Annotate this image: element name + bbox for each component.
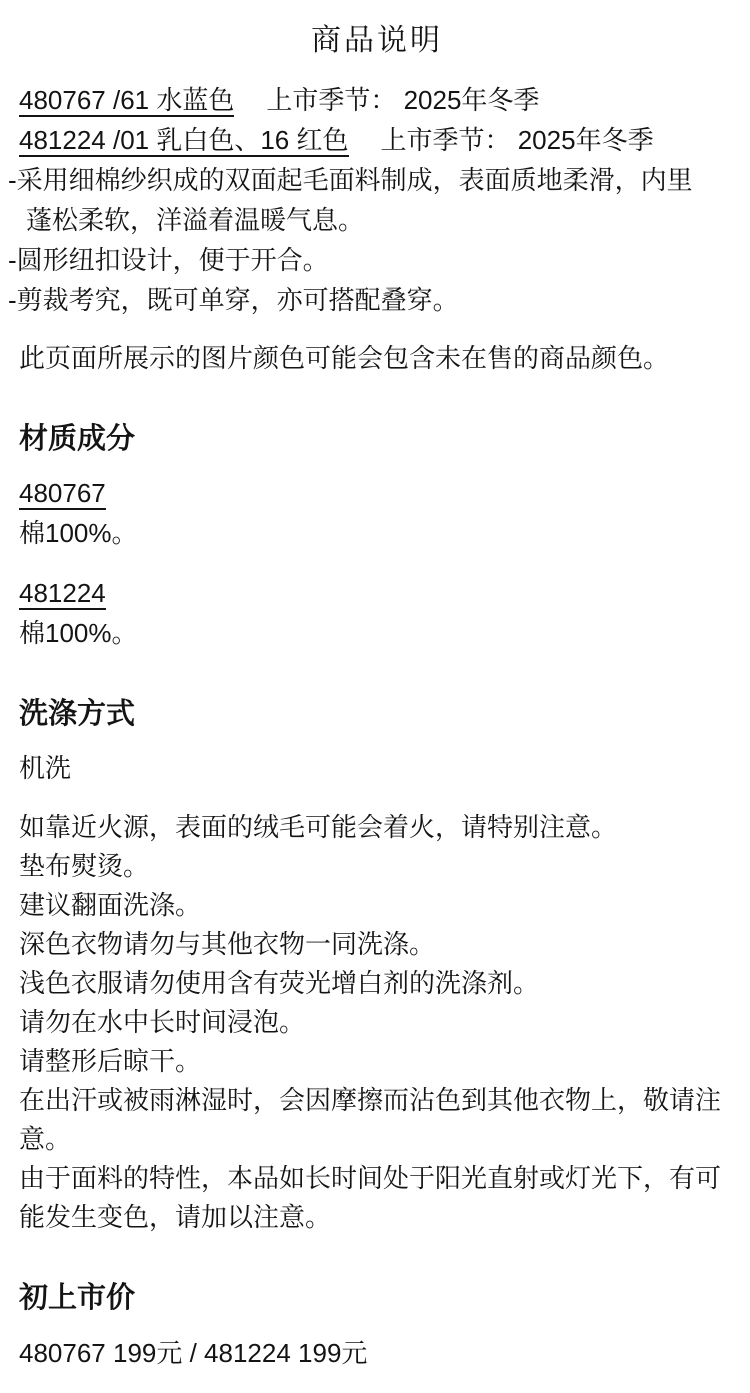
material-code-text: 481224 xyxy=(19,578,106,610)
feature-item: -圆形纽扣设计，便于开合。 xyxy=(26,240,717,280)
feature-text: 采用细棉纱织成的双面起毛面料制成，表面质地柔滑，内里蓬松柔软，洋溢着温暖气息。 xyxy=(17,165,693,235)
care-note: 垫布熨烫。 xyxy=(19,847,735,886)
launch-price-value: 480767 199元 / 481224 199元 xyxy=(19,1333,735,1373)
section-heading-washing: 洗涤方式 xyxy=(19,694,735,735)
care-note: 浅色衣服请勿使用含有荧光增白剂的洗涤剂。 xyxy=(19,964,735,1003)
care-note: 请整形后晾干。 xyxy=(19,1042,735,1081)
feature-list: -采用细棉纱织成的双面起毛面料制成，表面质地柔滑，内里蓬松柔软，洋溢着温暖气息。… xyxy=(19,160,735,320)
product-code: 480767 /61 水蓝色 xyxy=(19,85,234,117)
section-heading-price: 初上市价 xyxy=(19,1278,735,1319)
feature-item: -剪裁考究，既可单穿，亦可搭配叠穿。 xyxy=(26,280,717,320)
care-note: 请勿在水中长时间浸泡。 xyxy=(19,1003,735,1042)
bullet-dash: - xyxy=(8,245,17,275)
material-composition: 棉100%。 xyxy=(19,613,735,653)
care-note: 深色衣物请勿与其他衣物一同洗涤。 xyxy=(19,925,735,964)
material-item-code: 481224 xyxy=(19,573,735,613)
feature-item: -采用细棉纱织成的双面起毛面料制成，表面质地柔滑，内里蓬松柔软，洋溢着温暖气息。 xyxy=(26,160,717,240)
care-note: 建议翻面洗涤。 xyxy=(19,886,735,925)
wash-method: 机洗 xyxy=(19,748,735,788)
season-info: 上市季节： 2025年冬季 xyxy=(266,85,539,115)
product-description-page: 商品说明 480767 /61 水蓝色上市季节： 2025年冬季 481224 … xyxy=(0,0,750,1393)
product-code-line: 481224 /01 乳白色、16 红色上市季节： 2025年冬季 xyxy=(19,120,735,160)
product-code: 481224 /01 乳白色、16 红色 xyxy=(19,125,349,157)
feature-text: 圆形纽扣设计，便于开合。 xyxy=(17,245,329,275)
bullet-dash: - xyxy=(8,165,17,195)
page-title: 商品说明 xyxy=(19,20,735,62)
care-note: 如靠近火源，表面的绒毛可能会着火，请特别注意。 xyxy=(19,808,735,847)
color-notice: 此页面所展示的图片颜色可能会包含未在售的商品颜色。 xyxy=(19,338,735,378)
care-note: 由于面料的特性，本品如长时间处于阳光直射或灯光下，有可能发生变色，请加以注意。 xyxy=(19,1159,735,1237)
bullet-dash: - xyxy=(8,285,17,315)
care-notes: 如靠近火源，表面的绒毛可能会着火，请特别注意。 垫布熨烫。 建议翻面洗涤。 深色… xyxy=(19,808,735,1237)
material-item-code: 480767 xyxy=(19,473,735,513)
season-info: 上市季节： 2025年冬季 xyxy=(381,125,654,155)
feature-text: 剪裁考究，既可单穿，亦可搭配叠穿。 xyxy=(17,285,459,315)
material-composition: 棉100%。 xyxy=(19,513,735,553)
product-code-line: 480767 /61 水蓝色上市季节： 2025年冬季 xyxy=(19,80,735,120)
care-note: 在出汗或被雨淋湿时，会因摩擦而沾色到其他衣物上，敬请注意。 xyxy=(19,1081,735,1159)
section-heading-material: 材质成分 xyxy=(19,419,735,460)
material-code-text: 480767 xyxy=(19,478,106,510)
